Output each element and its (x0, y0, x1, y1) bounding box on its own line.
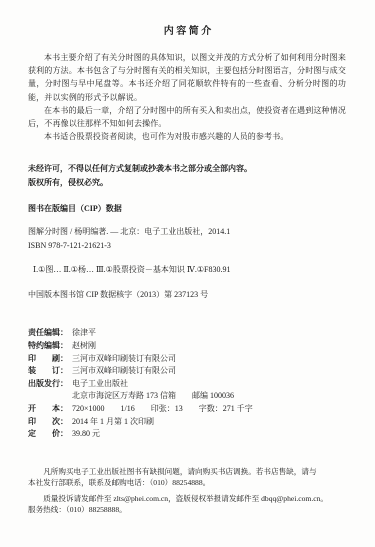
colophon-value: 赵树刚 (72, 340, 96, 353)
cip-registration-number: 中国版本图书馆 CIP 数据核字（2013）第 237123 号 (28, 289, 347, 300)
colophon-row-printer: 印 刷： 三河市双峰印刷装订有限公司 (28, 353, 347, 366)
colophon-label: 开 本： (28, 403, 72, 416)
colophon-label: 出版发行： (28, 378, 72, 391)
colophon-row-price: 定 价： 39.80 元 (28, 428, 347, 441)
colophon-value: 北京市海淀区万寿路 173 信箱 邮编 100036 (72, 390, 234, 403)
colophon-label: 特约编辑： (28, 340, 72, 353)
colophon-row-print-run: 印 次： 2014 年 1 月第 1 次印刷 (28, 416, 347, 429)
colophon: 责任编辑： 徐津平 特约编辑： 赵树刚 印 刷： 三河市双峰印刷装订有限公司 装… (28, 327, 347, 440)
colophon-row-publisher: 出版发行： 电子工业出版社 (28, 378, 347, 391)
service-notice: 凡所购买电子工业出版社图书有缺损问题，请向购买书店调换。若书店售缺，请与 本社发… (28, 466, 346, 515)
service-notice-line: 本社发行部联系，联系及邮购电话：（010）88254888。 (28, 477, 346, 488)
colophon-row-format: 开 本： 720×1000 1/16 印张：13 字数：271 千字 (28, 403, 347, 416)
copyright-notice: 未经许可，不得以任何方式复制或抄袭本书之部分或全部内容。 版权所有，侵权必究。 (28, 162, 347, 189)
summary-paragraph: 本书主要介绍了有关分时图的具体知识，以图文并茂的方式分析了如何利用分时图来获利的… (28, 51, 346, 104)
colophon-label: 印 次： (28, 416, 72, 429)
colophon-row-binder: 装 订： 三河市双峰印刷装订有限公司 (28, 365, 347, 378)
colophon-value: 三河市双峰印刷装订有限公司 (72, 353, 176, 366)
cip-classification: Ⅰ.①图… Ⅱ.①杨… Ⅲ.①股票投资－基本知识 Ⅳ.①F830.91 (28, 264, 347, 275)
colophon-row-editor: 责任编辑： 徐津平 (28, 327, 347, 340)
colophon-value: 39.80 元 (72, 428, 100, 441)
colophon-row-address: 北京市海淀区万寿路 173 信箱 邮编 100036 (28, 390, 347, 403)
colophon-value: 2014 年 1 月第 1 次印刷 (72, 416, 154, 429)
colophon-value: 徐津平 (72, 327, 96, 340)
cip-heading: 图书在版编目（CIP）数据 (28, 203, 347, 214)
service-notice-line: 质量投诉请发邮件至 zlts@phei.com.cn，盗版侵权举报请发邮件至 d… (28, 493, 346, 504)
colophon-label: 装 订： (28, 365, 72, 378)
copyright-notice-line: 未经许可，不得以任何方式复制或抄袭本书之部分或全部内容。 (28, 162, 347, 176)
summary-paragraph: 在本书的最后一章，介绍了分时图中的所有买入和卖出点，使投资者在遇到这种情况后，不… (28, 104, 346, 130)
cip-entry: 图解分时图 / 杨明编著. — 北京：电子工业出版社，2014.1 (28, 225, 347, 239)
service-notice-line: 凡所购买电子工业出版社图书有缺损问题，请向购买书店调换。若书店售缺，请与 (28, 466, 346, 477)
colophon-label (28, 390, 72, 403)
copyright-page: 内 容 简 介 本书主要介绍了有关分时图的具体知识，以图文并茂的方式分析了如何利… (0, 0, 375, 547)
colophon-row-contributing-editor: 特约编辑： 赵树刚 (28, 340, 347, 353)
colophon-label: 责任编辑： (28, 327, 72, 340)
book-summary: 本书主要介绍了有关分时图的具体知识，以图文并茂的方式分析了如何利用分时图来获利的… (28, 51, 346, 143)
page-title: 内 容 简 介 (28, 26, 347, 38)
copyright-notice-line: 版权所有，侵权必究。 (28, 176, 347, 190)
isbn: ISBN 978-7-121-21621-3 (28, 239, 347, 253)
colophon-value: 三河市双峰印刷装订有限公司 (72, 365, 176, 378)
service-notice-line: 服务热线：（010）88258888。 (28, 504, 346, 515)
summary-paragraph: 本书适合股票投资者阅读，也可作为对股市感兴趣的人员的参考书。 (28, 130, 346, 143)
colophon-value: 电子工业出版社 (72, 378, 128, 391)
colophon-label: 印 刷： (28, 353, 72, 366)
colophon-value: 720×1000 1/16 印张：13 字数：271 千字 (72, 403, 253, 416)
colophon-label: 定 价： (28, 428, 72, 441)
